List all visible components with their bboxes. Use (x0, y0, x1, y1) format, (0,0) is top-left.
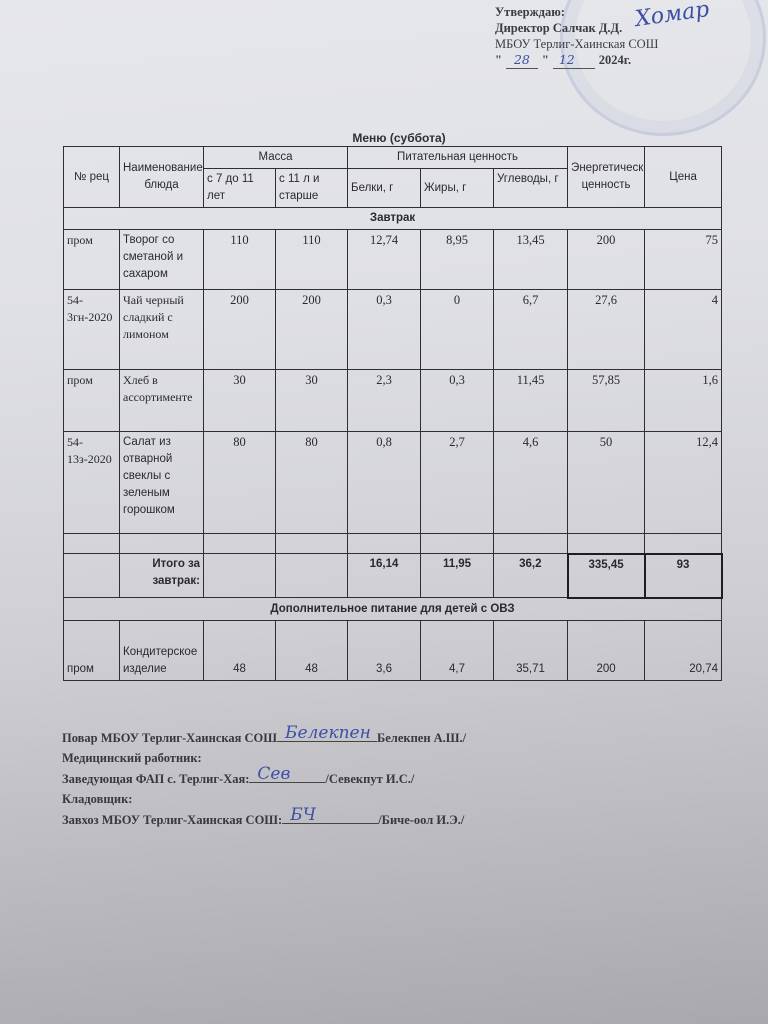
approval-director: Директор Салчак Д.Д. (495, 20, 745, 36)
header-protein: Белки, г (348, 169, 421, 208)
cell-energy: 200 (568, 620, 645, 680)
signature-role: Заведующая ФАП с. Терлиг-Хая: (62, 770, 249, 790)
cell-dish-name: Чай черный сладкий с лимоном (120, 290, 204, 370)
signature-line-storekeeper: Кладовщик: (62, 790, 582, 810)
cell-energy: 27,6 (568, 290, 645, 370)
header-fat: Жиры, г (421, 169, 494, 208)
cell-fat: 8,95 (421, 230, 494, 290)
cell-price: 20,74 (645, 620, 722, 680)
total-energy: 335,45 (568, 554, 645, 598)
cell-recipe: пром (64, 230, 120, 290)
cell-price: 1,6 (645, 370, 722, 432)
signature-line-supply: Завхоз МБОУ Терлиг-Хаинская СОШ: БЧ /Бич… (62, 809, 582, 831)
header-mass: Масса (204, 147, 348, 169)
signature-name: Белекпен А.Ш./ (377, 729, 466, 749)
cell-fat: 0,3 (421, 370, 494, 432)
table-row: пром Хлеб в ассортименте 30 30 2,3 0,3 1… (64, 370, 722, 432)
cell-mass-7-11: 80 (204, 432, 276, 534)
cell-carbs: 6,7 (494, 290, 568, 370)
cell-recipe: пром (64, 370, 120, 432)
date-quote-open: " (495, 52, 502, 68)
cell-fat: 2,7 (421, 432, 494, 534)
total-fat: 11,95 (421, 554, 494, 598)
cell-recipe: пром (64, 620, 120, 680)
header-price: Цена (645, 147, 722, 208)
cell-fat: 4,7 (421, 620, 494, 680)
table-row: пром Творог со сметаной и сахаром 110 11… (64, 230, 722, 290)
cell-mass-7-11: 48 (204, 620, 276, 680)
signature-line-fap: Заведующая ФАП с. Терлиг-Хая: Сев /Севек… (62, 768, 582, 790)
cell-mass-11-plus: 30 (276, 370, 348, 432)
signature-name: /Севекпут И.С./ (325, 770, 414, 790)
cell-mass-7-11: 200 (204, 290, 276, 370)
cell-protein: 0,8 (348, 432, 421, 534)
cell-fat: 0 (421, 290, 494, 370)
cell-recipe: 54-13з-2020 (64, 432, 120, 534)
signature-role: Завхоз МБОУ Терлиг-Хаинская СОШ: (62, 811, 282, 831)
cell-mass-11-plus: 80 (276, 432, 348, 534)
header-mass-7-11: с 7 до 11 лет (204, 169, 276, 208)
signature-field: БЧ (282, 809, 378, 824)
header-nutrition: Питательная ценность (348, 147, 568, 169)
signature-line-cook: Повар МБОУ Терлиг-Хаинская СОШ Белекпен … (62, 727, 582, 749)
cell-protein: 12,74 (348, 230, 421, 290)
table-row: 54-3гн-2020 Чай черный сладкий с лимоном… (64, 290, 722, 370)
cell-price: 12,4 (645, 432, 722, 534)
total-carbs: 36,2 (494, 554, 568, 598)
section-title-special-needs: Дополнительное питание для детей с ОВЗ (64, 598, 722, 621)
cell-carbs: 4,6 (494, 432, 568, 534)
date-year: 2024г. (599, 52, 631, 68)
cell-protein: 3,6 (348, 620, 421, 680)
total-protein: 16,14 (348, 554, 421, 598)
cell-mass-11-plus: 110 (276, 230, 348, 290)
cell-energy: 50 (568, 432, 645, 534)
cell-dish-name: Творог со сметаной и сахаром (120, 230, 204, 290)
cell-mass-7-11: 30 (204, 370, 276, 432)
cell-protein: 0,3 (348, 290, 421, 370)
signature-role: Повар МБОУ Терлиг-Хаинская СОШ (62, 729, 277, 749)
section-title-breakfast: Завтрак (64, 208, 722, 230)
header-row-1: № рец Наименование блюда Масса Питательн… (64, 147, 722, 169)
cell-mass-7-11: 110 (204, 230, 276, 290)
cell-mass-11-plus: 200 (276, 290, 348, 370)
date-day: 28 (506, 52, 538, 69)
signatures-block: Повар МБОУ Терлиг-Хаинская СОШ Белекпен … (62, 727, 582, 831)
total-label: Итого за завтрак: (120, 554, 204, 598)
cell-mass-11-plus: 48 (276, 620, 348, 680)
signature-role: Медицинский работник: (62, 749, 202, 769)
cell-dish-name: Салат из отварной свеклы с зеленым горош… (120, 432, 204, 534)
signature-handwritten: Сев (257, 765, 290, 785)
signature-field: Белекпен (277, 727, 377, 742)
cell-dish-name: Хлеб в ассортименте (120, 370, 204, 432)
date-month: 12 (553, 52, 595, 69)
total-price: 93 (645, 554, 722, 598)
cell-carbs: 35,71 (494, 620, 568, 680)
signature-field: Сев (249, 768, 325, 783)
cell-carbs: 11,45 (494, 370, 568, 432)
header-carbs: Углеводы, г (494, 169, 568, 208)
cell-energy: 200 (568, 230, 645, 290)
cell-protein: 2,3 (348, 370, 421, 432)
menu-table: № рец Наименование блюда Масса Питательн… (63, 146, 723, 681)
signature-handwritten: БЧ (290, 806, 316, 826)
empty-row (64, 534, 722, 554)
table-row: 54-13з-2020 Салат из отварной свеклы с з… (64, 432, 722, 534)
signature-line-medical: Медицинский работник: (62, 749, 582, 769)
signature-name: /Биче-оол И.Э./ (378, 811, 464, 831)
cell-energy: 57,85 (568, 370, 645, 432)
date-quote-close: " (542, 52, 549, 68)
signature-handwritten: Белекпен (285, 724, 371, 744)
header-mass-11-plus: с 11 л и старше (276, 169, 348, 208)
cell-price: 75 (645, 230, 722, 290)
approval-date: " 28 " 12 2024г. (495, 52, 745, 69)
cell-carbs: 13,45 (494, 230, 568, 290)
approval-org: МБОУ Терлиг-Хаинская СОШ (495, 36, 745, 52)
header-recipe-no: № рец (64, 147, 120, 208)
cell-recipe: 54-3гн-2020 (64, 290, 120, 370)
document-title: Меню (суббота) (0, 131, 768, 145)
signature-role: Кладовщик: (62, 790, 132, 810)
cell-price: 4 (645, 290, 722, 370)
header-dish-name: Наименование блюда (120, 147, 204, 208)
table-row: пром Кондитерское изделие 48 48 3,6 4,7 … (64, 620, 722, 680)
header-energy: Энергетическая ценность (568, 147, 645, 208)
cell-dish-name: Кондитерское изделие (120, 620, 204, 680)
total-row: Итого за завтрак: 16,14 11,95 36,2 335,4… (64, 554, 722, 598)
